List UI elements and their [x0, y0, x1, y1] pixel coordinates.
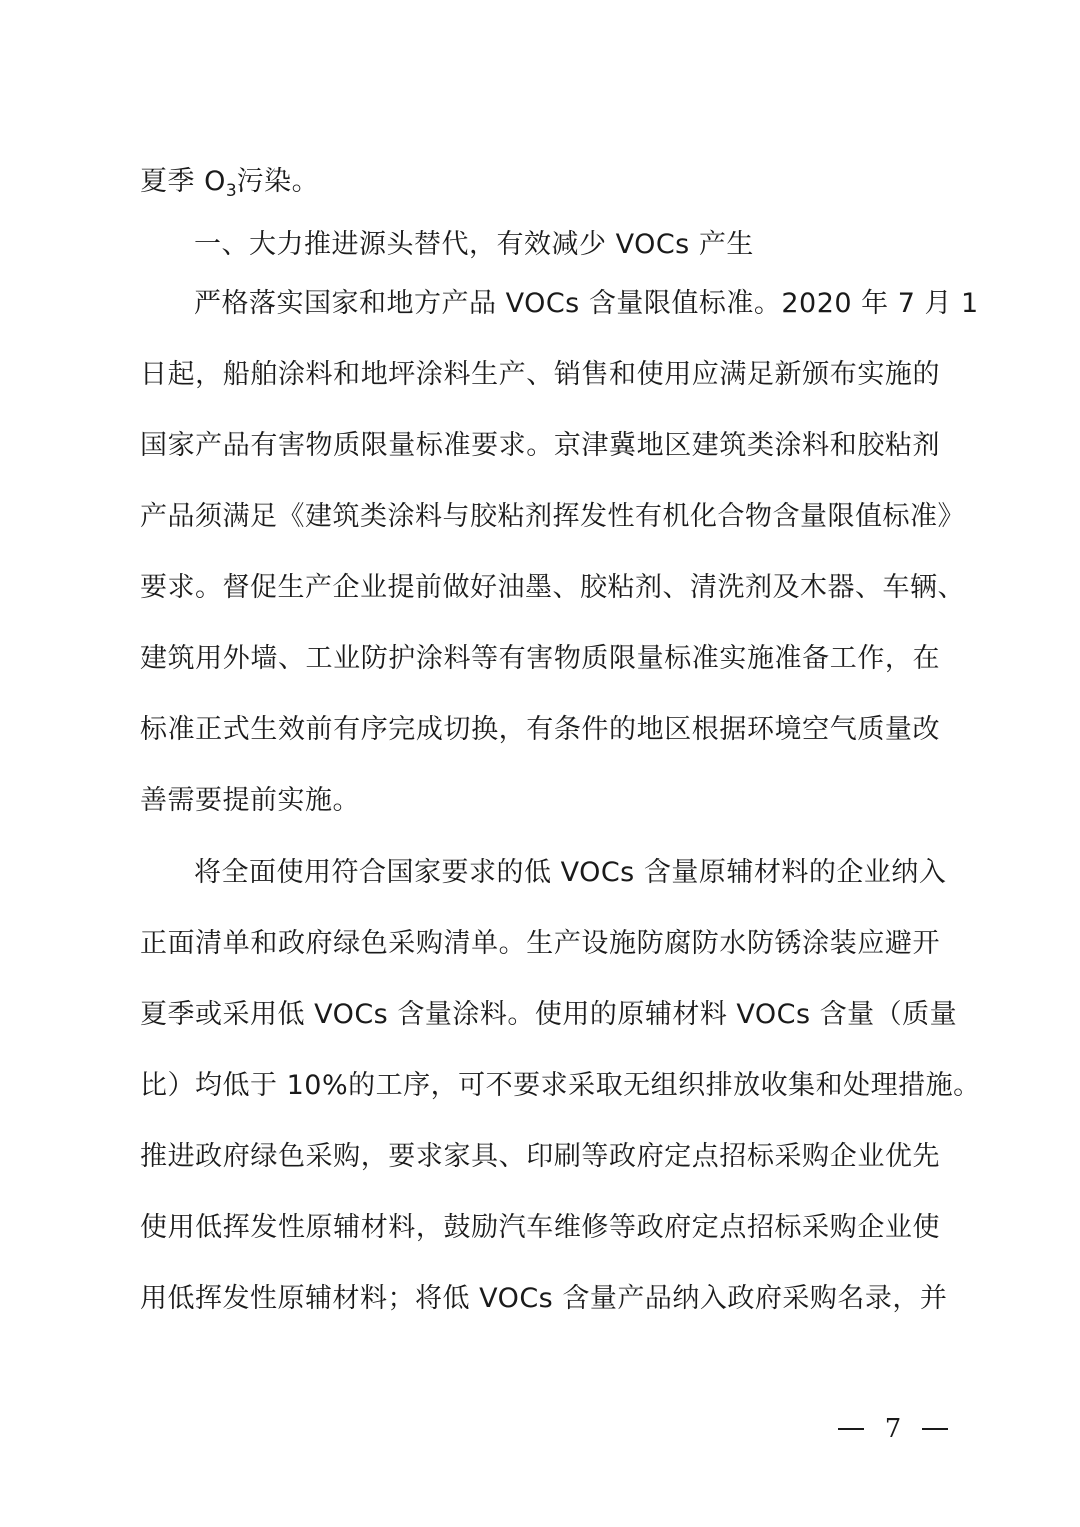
paragraph-line: 标准正式生效前有序完成切换，有条件的地区根据环境空气质量改 — [140, 712, 940, 748]
dash-left — [838, 1428, 864, 1430]
paragraph-line: 比）均低于 10%的工序，可不要求采取无组织排放收集和处理措施。 — [140, 1068, 940, 1104]
paragraph-line: 严格落实国家和地方产品 VOCs 含量限值标准。2020 年 7 月 1 — [194, 286, 940, 322]
paragraph-line: 要求。督促生产企业提前做好油墨、胶粘剂、清洗剂及木器、车辆、 — [140, 570, 940, 606]
paragraph-line: 用低挥发性原辅材料；将低 VOCs 含量产品纳入政府采购名录，并 — [140, 1281, 940, 1317]
dash-right — [922, 1428, 948, 1430]
paragraph-line: 日起，船舶涂料和地坪涂料生产、销售和使用应满足新颁布实施的 — [140, 357, 940, 393]
paragraph-line: 推进政府绿色采购，要求家具、印刷等政府定点招标采购企业优先 — [140, 1139, 940, 1175]
section-heading: 一、大力推进源头替代，有效减少 VOCs 产生 — [194, 227, 754, 263]
subscript-3: 3 — [226, 181, 237, 201]
paragraph-line-ozone: 夏季 O3污染。 — [140, 164, 940, 209]
line-text: 污染。 — [237, 166, 320, 197]
paragraph-line: 夏季或采用低 VOCs 含量涂料。使用的原辅材料 VOCs 含量（质量 — [140, 997, 940, 1033]
document-page: 夏季 O3污染。 一、大力推进源头替代，有效减少 VOCs 产生 严格落实国家和… — [0, 0, 1080, 1527]
line-text: 夏季 O — [140, 166, 226, 197]
paragraph-line: 善需要提前实施。 — [140, 783, 940, 819]
paragraph-line: 正面清单和政府绿色采购清单。生产设施防腐防水防锈涂装应避开 — [140, 926, 940, 962]
page-number-value: 7 — [885, 1414, 902, 1444]
paragraph-line: 国家产品有害物质限量标准要求。京津冀地区建筑类涂料和胶粘剂 — [140, 428, 940, 464]
paragraph-line: 使用低挥发性原辅材料，鼓励汽车维修等政府定点招标采购企业使 — [140, 1210, 940, 1246]
paragraph-line: 产品须满足《建筑类涂料与胶粘剂挥发性有机化合物含量限值标准》 — [140, 499, 940, 535]
page-number: 7 — [838, 1414, 948, 1444]
paragraph-line: 建筑用外墙、工业防护涂料等有害物质限量标准实施准备工作，在 — [140, 641, 940, 677]
paragraph-line: 将全面使用符合国家要求的低 VOCs 含量原辅材料的企业纳入 — [194, 855, 940, 891]
